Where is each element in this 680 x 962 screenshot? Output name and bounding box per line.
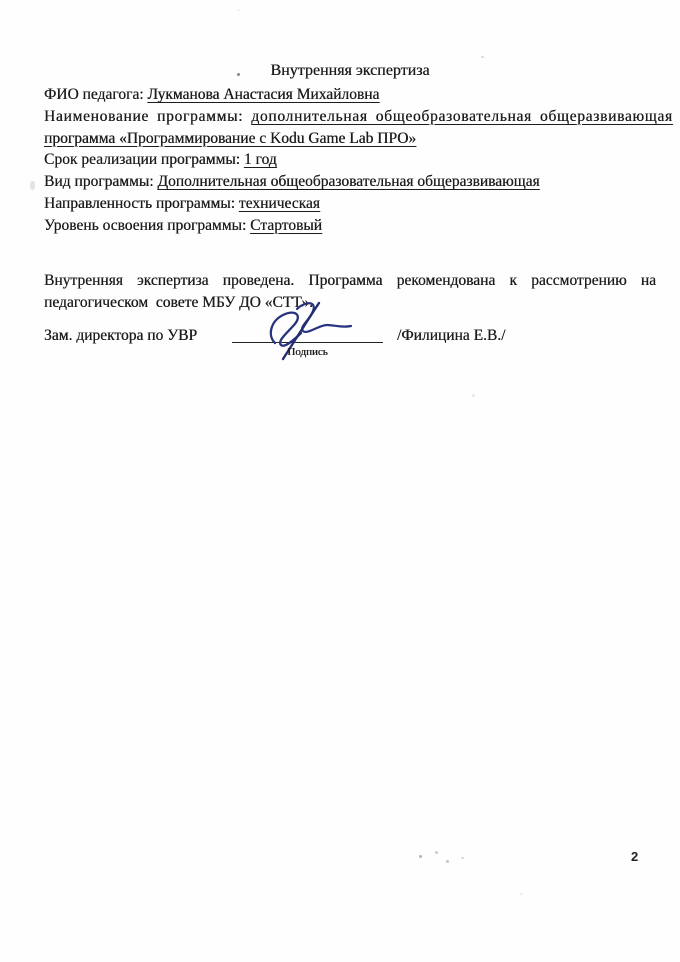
scan-speck bbox=[446, 860, 449, 863]
field-label: Уровень освоения программы: bbox=[44, 217, 250, 234]
field-label: ФИО педагога: bbox=[44, 86, 147, 103]
scan-speck bbox=[30, 181, 35, 190]
field-teacher-name: ФИО педагога: Лукманова Анастасия Михайл… bbox=[44, 84, 666, 106]
field-value: 1 год bbox=[244, 151, 277, 168]
field-program-direction: Направленность программы: техническая bbox=[44, 193, 666, 215]
document-title: Внутренняя экспертиза bbox=[44, 61, 656, 81]
field-label: Вид программы: bbox=[44, 173, 157, 190]
signature-caption: Подпись bbox=[232, 346, 383, 359]
field-label: Срок реализации программы: bbox=[44, 151, 244, 168]
field-label: Направленность программы: bbox=[44, 195, 239, 212]
scan-speck bbox=[461, 857, 464, 859]
field-program-level: Уровень освоения программы: Стартовый bbox=[44, 215, 666, 237]
scan-speck bbox=[520, 893, 523, 895]
field-program-name-continued: программа «Программирование с Kodu Game … bbox=[44, 128, 666, 150]
field-value: Дополнительная общеобразовательная общер… bbox=[157, 173, 539, 190]
field-value: программа «Программирование с Kodu Game … bbox=[44, 130, 416, 147]
page-number: 2 bbox=[631, 849, 638, 864]
scan-speck bbox=[472, 394, 475, 397]
signer-name: /Филицина Е.В./ bbox=[397, 326, 505, 346]
program-fields: ФИО педагога: Лукманова Анастасия Михайл… bbox=[44, 84, 666, 237]
scan-speck bbox=[237, 73, 240, 76]
scan-speck bbox=[237, 9, 240, 11]
field-value: Стартовый bbox=[250, 217, 322, 234]
field-duration: Срок реализации программы: 1 год bbox=[44, 149, 666, 171]
field-value: дополнительная общеобразовательная общер… bbox=[251, 108, 673, 125]
scan-speck bbox=[481, 56, 484, 58]
field-program-type: Вид программы: Дополнительная общеобразо… bbox=[44, 171, 666, 193]
scan-speck bbox=[419, 855, 422, 858]
field-value: техническая bbox=[239, 195, 320, 212]
field-program-name: Наименование программы: дополнительная о… bbox=[44, 106, 666, 128]
field-label: Наименование программы: bbox=[44, 108, 251, 125]
scanned-document-page: Внутренняя экспертиза ФИО педагога: Лукм… bbox=[0, 0, 680, 962]
field-value: Лукманова Анастасия Михайловна bbox=[147, 86, 379, 103]
scan-speck bbox=[435, 851, 438, 854]
signer-role-label: Зам. директора по УВР bbox=[44, 326, 197, 346]
